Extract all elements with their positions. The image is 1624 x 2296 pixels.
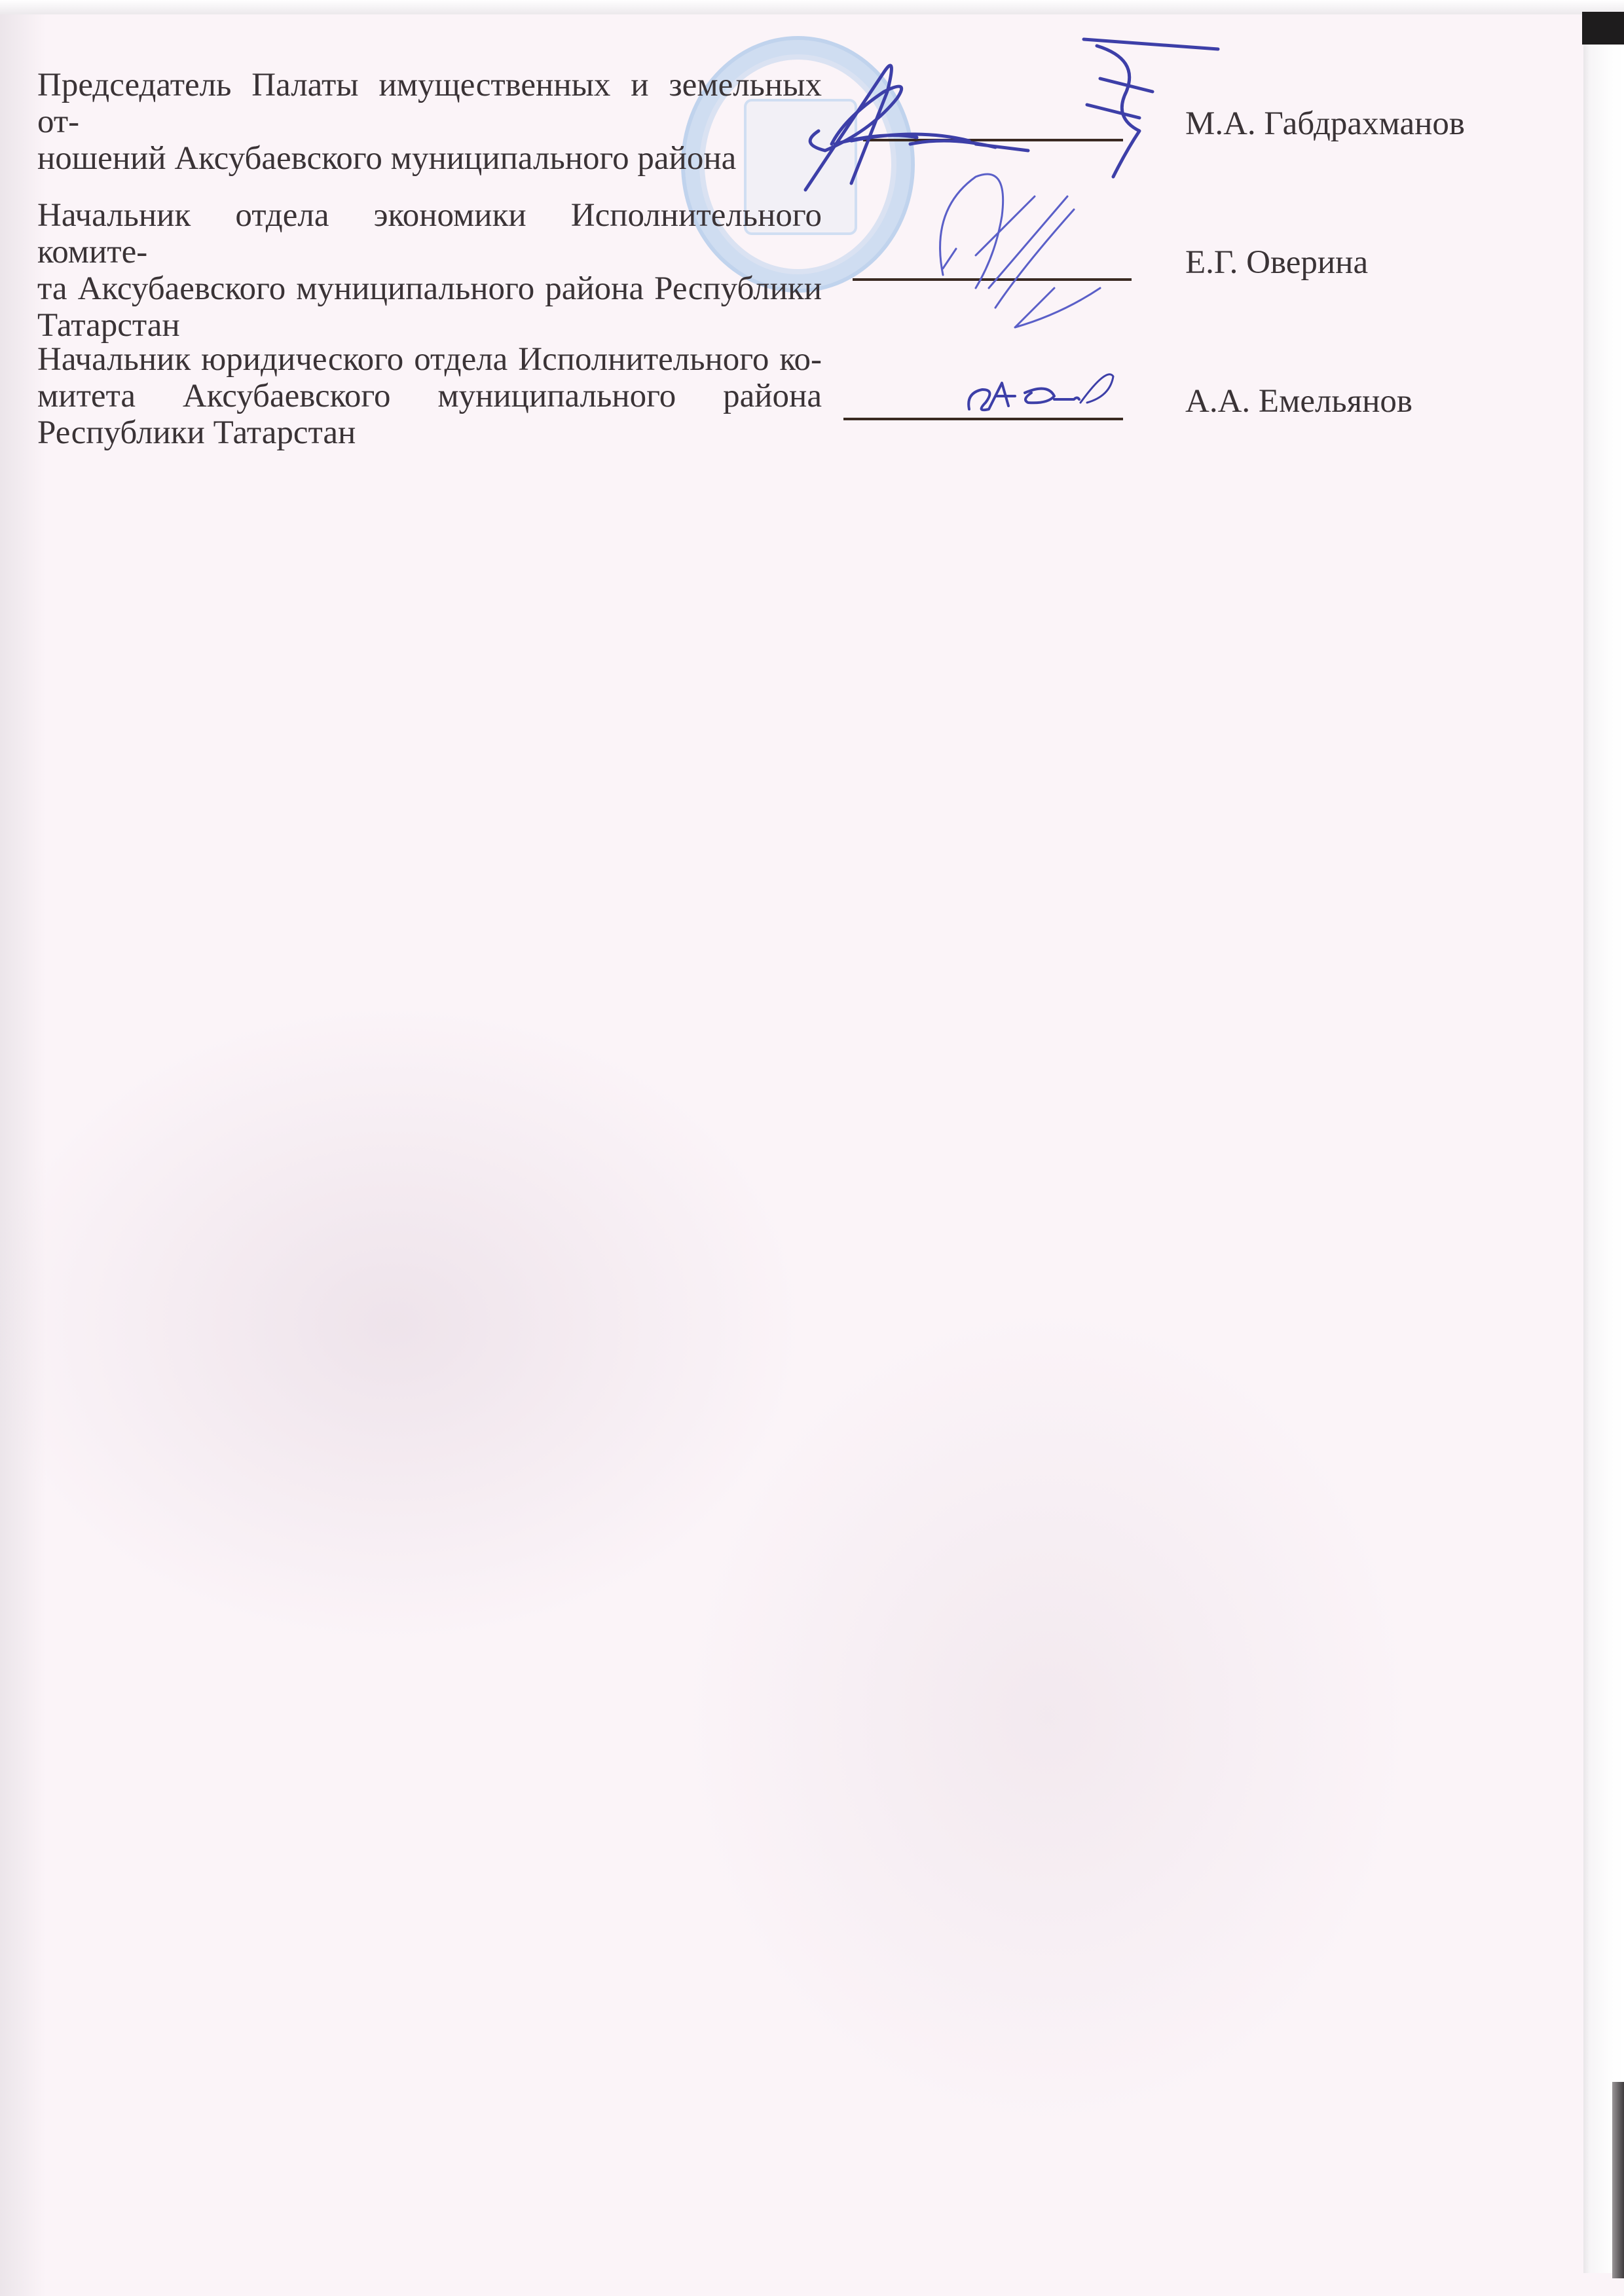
signatory-3-name: А.А. Емельянов xyxy=(1185,383,1412,420)
signature-line-3 xyxy=(843,418,1123,420)
signatory-3-position-line-2: митета Аксубаевского муниципального райо… xyxy=(37,378,822,414)
scan-right-edge xyxy=(1583,14,1624,2273)
signatory-1-position-line-1: Председатель Палаты имущественных и земе… xyxy=(37,67,822,140)
signatory-2-position-line-3: Татарстан xyxy=(37,307,822,344)
signatory-3-position-line-3: Республики Татарстан xyxy=(37,414,822,451)
scanner-edge-mark-top xyxy=(1582,12,1624,45)
signatory-2-position: Начальник отдела экономики Исполнительно… xyxy=(37,197,822,344)
signatory-2-name: Е.Г. Оверина xyxy=(1185,244,1368,281)
scan-top-edge xyxy=(0,0,1624,14)
signature-3-handwriting xyxy=(963,363,1120,416)
signatory-3-position-line-1: Начальник юридического отдела Исполнител… xyxy=(37,341,822,378)
signature-2-handwriting xyxy=(904,157,1139,334)
signatory-1-position: Председатель Палаты имущественных и земе… xyxy=(37,67,822,177)
signatory-1-position-line-2: ношений Аксубаевского муниципального рай… xyxy=(37,140,822,177)
scanner-edge-mark-bottom xyxy=(1612,2082,1624,2278)
signatory-2-position-line-1: Начальник отдела экономики Исполнительно… xyxy=(37,197,822,270)
signatory-2-position-line-2: та Аксубаевского муниципального района Р… xyxy=(37,270,822,307)
signatory-3-position: Начальник юридического отдела Исполнител… xyxy=(37,341,822,451)
